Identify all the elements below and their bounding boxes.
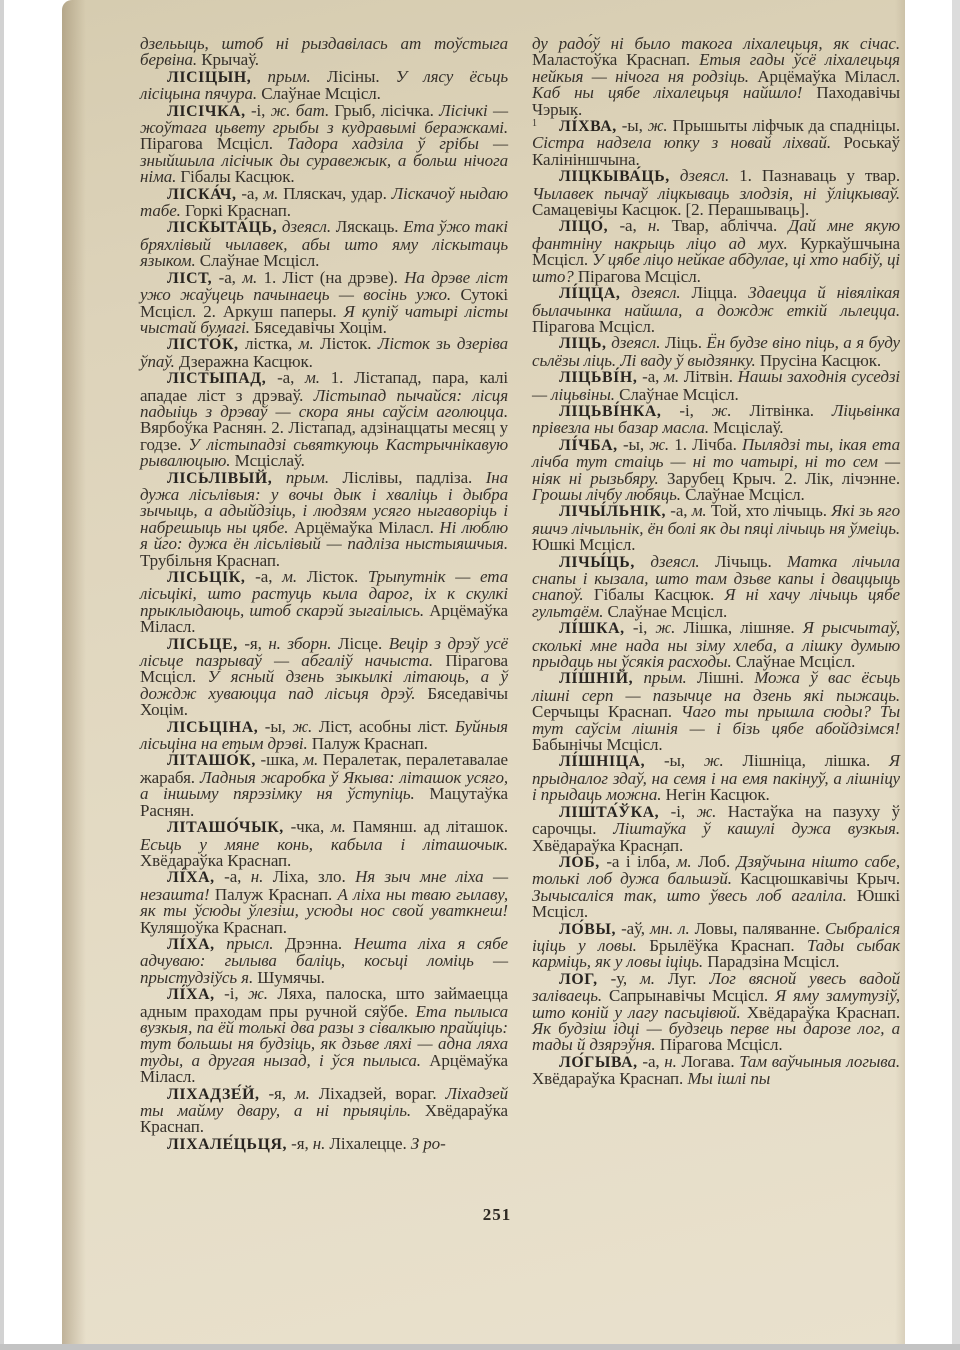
regular-text: -і, xyxy=(246,101,271,120)
dictionary-entry: ЛОГ, -у, м. Луг. Лог вясной увесь вадой … xyxy=(532,971,900,1054)
regular-text: -я, xyxy=(287,1134,313,1153)
regular-text: 1. Ліст (на дрэве). xyxy=(257,268,404,287)
dictionary-entry: ЛІХАЛЕ́ЦЬЦЯ, -я, н. Ліхалецце. З ро- xyxy=(140,1136,508,1153)
dictionary-entry: ЛІСТ, -а, м. 1. Ліст (на дрэве). На дрэв… xyxy=(140,270,508,337)
regular-text xyxy=(272,468,286,487)
regular-text: -а, xyxy=(638,1052,665,1071)
regular-text: Юшкі Мсцісл. xyxy=(532,535,635,554)
italic-text: н. xyxy=(251,867,263,886)
dictionary-entry: ЛІ́ХА, -і, ж. Ляха, палоска, што займаец… xyxy=(140,986,508,1085)
regular-text: Грыб, лісічка. xyxy=(329,101,439,120)
italic-text: м. xyxy=(299,334,314,353)
regular-text: Ліхалецце. xyxy=(325,1134,411,1153)
regular-text: Ловы, паляванне. xyxy=(690,919,825,938)
regular-text: -а, xyxy=(608,216,648,235)
regular-text: Бабынічы Мсцісл. xyxy=(532,735,663,754)
italic-text: м. xyxy=(242,268,257,287)
regular-text: Хвёдараўка Краснап. xyxy=(532,1069,687,1088)
regular-text: Ліха, зло. xyxy=(263,867,355,886)
italic-text: дзеясл. xyxy=(611,333,660,352)
scan-edge-left xyxy=(0,0,4,1350)
italic-text: м. xyxy=(664,367,679,386)
regular-text: -і, xyxy=(215,984,248,1003)
italic-text: ж. xyxy=(704,751,724,770)
dictionary-entry: ЛІСКЫТА́ЦЬ, дзеясл. Ляскаць. Ета ўжо так… xyxy=(140,219,508,269)
italic-text: ж. xyxy=(248,984,268,1003)
regular-text: Лішніца, лішка. xyxy=(724,751,889,770)
regular-text: -і, xyxy=(625,618,656,637)
dictionary-entry: ЛІТАШО́ЧЫК, -чка, м. Памянш. ад літашок.… xyxy=(140,819,508,869)
regular-text: Лісток. xyxy=(297,567,368,586)
italic-text: м. xyxy=(640,969,655,988)
regular-text: -я, xyxy=(238,634,269,653)
regular-text: Памянш. ад літашок. xyxy=(346,817,508,836)
dictionary-entry: ЛІЦО́, -а, н. Твар, аблічча. Дай мне яку… xyxy=(532,218,900,285)
italic-text: м. xyxy=(331,817,346,836)
italic-text: прым. xyxy=(268,67,311,86)
italic-text: дзеясл. xyxy=(680,166,729,185)
italic-text: н. xyxy=(648,216,660,235)
regular-text: -а і ілба́, xyxy=(600,852,677,871)
dictionary-entry: ЛІСЬЛІВЫЙ, прым. Ліслівы, падліза. Іна д… xyxy=(140,470,508,569)
italic-text: м. xyxy=(677,852,692,871)
italic-text: дзеясл. xyxy=(631,283,680,302)
regular-text: -ы, xyxy=(618,435,649,454)
right-column: ду радо́ў ні было такога ліхалецьця, як … xyxy=(532,36,900,1153)
italic-text: м. xyxy=(263,184,278,203)
italic-text: Грошы лічбу любяць. xyxy=(532,485,685,504)
regular-text: -а, xyxy=(212,268,242,287)
page-number: 251 xyxy=(467,1205,527,1225)
headword: ЛІХАЛЕ́ЦЬЦЯ, xyxy=(167,1136,287,1153)
dictionary-entry: ЛІЦЬВІ́НКА, -і, ж. Літвінка. Ліцьвінка п… xyxy=(532,403,900,437)
dictionary-entry: ЛІТАШО́К, -шка, м. Пералетак, пералетава… xyxy=(140,752,508,819)
regular-text: Той, хто лічыць. xyxy=(707,501,832,520)
italic-text: ж. xyxy=(649,435,669,454)
regular-text xyxy=(215,934,227,953)
regular-text: Ліслівы, падліза. xyxy=(329,468,486,487)
regular-text: Прышыты ліфчык да спадніцы. xyxy=(668,116,900,135)
regular-text: -а, xyxy=(637,367,664,386)
regular-text: -я, xyxy=(260,1084,295,1103)
regular-text: Літвінка. xyxy=(732,401,832,420)
continuation-paragraph: ду радо́ў ні было такога ліхалецьця, як … xyxy=(532,36,900,118)
dictionary-entry: ЛІСІЦЫН, прым. Лісіны. У лясу ёсьць лісі… xyxy=(140,69,508,103)
dictionary-entry: ЛІСТО́К, лістка́, м. Лісток. Лісток зь д… xyxy=(140,336,508,370)
regular-text: -ы, xyxy=(258,717,292,736)
regular-text: -ы, xyxy=(617,116,648,135)
scan-edge-right xyxy=(952,0,960,1350)
dictionary-entry: ЛІСЬЦІНА, -ы, ж. Ліст, асобны ліст. Буйн… xyxy=(140,719,508,753)
scanned-book-page-screenshot: { "page": { "number": "251", "columns": … xyxy=(0,0,960,1350)
italic-text: м. xyxy=(303,750,318,769)
regular-text xyxy=(251,67,267,86)
regular-text: -ы, xyxy=(645,751,704,770)
regular-text: -а, xyxy=(266,368,305,387)
regular-text: Ліцца. xyxy=(681,283,748,302)
italic-text: дзеясл. xyxy=(650,552,699,571)
italic-text: ж. xyxy=(648,116,668,135)
regular-text: 1. Пазнаваць у твар. xyxy=(729,166,900,185)
dictionary-entry: ЛО́ГЫВА, -а, н. Логава. Там ваўчыныя лог… xyxy=(532,1054,900,1088)
italic-text: Мы ішлі пы xyxy=(687,1069,770,1088)
italic-text: У лістыпадзі сьвяткуюць Кастрычнікавую р… xyxy=(140,435,508,470)
italic-text: прысл. xyxy=(226,934,273,953)
regular-text: Логава. xyxy=(677,1052,739,1071)
dictionary-entry: ЛІ́ЧБА, -ы, ж. 1. Лічба. Пылядзі ты, іка… xyxy=(532,437,900,504)
dictionary-entry: ЛІ́ХА, -а, н. Ліха, зло. Ня зыч мне ліха… xyxy=(140,869,508,936)
book-page: дзельыць, штоб ні рыздавілась ат тоўстыг… xyxy=(62,0,905,1350)
dictionary-entry: 1ЛІ́ХВА, -ы, ж. Прышыты ліфчык да спадні… xyxy=(532,118,900,168)
regular-text: Ляскаць. xyxy=(331,217,403,236)
regular-text: Лоб. xyxy=(692,852,737,871)
regular-text: Лічыць. xyxy=(700,552,788,571)
continuation-paragraph: дзельыць, штоб ні рыздавілась ат тоўстыг… xyxy=(140,36,508,69)
dictionary-entry: ЛІ́ШНІЦА, -ы, ж. Лішніца, лішка. Я прыдн… xyxy=(532,753,900,803)
italic-text: н. xyxy=(664,1052,676,1071)
regular-text: лістка́, xyxy=(239,334,299,353)
dictionary-entry: ЛІШТА́ЎКА, -і, ж. Настаўка на пазуху ў с… xyxy=(532,804,900,854)
regular-text: Пляскач, удар. xyxy=(278,184,391,203)
regular-text: -шка, xyxy=(256,750,303,769)
regular-text: Ліхадзей, вораг. xyxy=(310,1084,446,1103)
regular-text: Лішні. xyxy=(687,668,755,687)
regular-text: Лісце. xyxy=(331,634,388,653)
italic-text: н. зборн. xyxy=(268,634,331,653)
regular-text xyxy=(635,552,650,571)
regular-text: -а, xyxy=(245,567,282,586)
dictionary-entry: ЛІСКА́Ч, -а, м. Пляскач, удар. Ліскачоў … xyxy=(140,186,508,220)
dictionary-text-block: дзельыць, штоб ні рыздавілась ат тоўстыг… xyxy=(140,36,900,1153)
regular-text: Ліст, асобны ліст. xyxy=(312,717,455,736)
regular-text: Літвін. xyxy=(679,367,738,386)
regular-text: Лісіны. xyxy=(311,67,396,86)
italic-text: З ро- xyxy=(411,1134,446,1153)
dictionary-entry: ЛІ́ХА, прысл. Дрэнна. Нешта ліха я сябе … xyxy=(140,936,508,986)
dictionary-entry: ЛІСІЧКА, -і, ж. бат. Грыб, лісічка. Лісі… xyxy=(140,103,508,186)
left-column: дзельыць, штоб ні рыздавілась ат тоўстыг… xyxy=(140,36,508,1153)
regular-text: Ліць. xyxy=(660,333,706,352)
italic-text: м. xyxy=(305,368,320,387)
regular-text: Лішка, лішняе. xyxy=(675,618,802,637)
footnote-marker: 1 xyxy=(532,119,537,129)
regular-text: Лісток. xyxy=(314,334,378,353)
italic-text: ж. xyxy=(712,401,732,420)
italic-text: ж. xyxy=(696,802,716,821)
dictionary-entry: ЛІСЬЦІК, -а, м. Лісток. Трыпутнік — ета … xyxy=(140,569,508,636)
dictionary-entry: ЛІЦЬВІ́Н, -а, м. Літвін. Нашы заходнія с… xyxy=(532,369,900,403)
regular-text xyxy=(670,166,680,185)
dictionary-entry: ЛІ́ШКА, -і, ж. Лішка, лішняе. Я рысчытаў… xyxy=(532,620,900,670)
italic-text: м. xyxy=(295,1084,310,1103)
italic-text: прым. xyxy=(644,668,687,687)
dictionary-entry: ЛІЧЫ́ЛЬНІК, -а, м. Той, хто лічыць. Які … xyxy=(532,503,900,553)
regular-text: Луг. xyxy=(655,969,709,988)
italic-text: м. xyxy=(282,567,297,586)
italic-text: мн. л. xyxy=(650,919,690,938)
dictionary-entry: ЛІСЬЦЕ, -я, н. зборн. Лісце. Вецір з дрэ… xyxy=(140,636,508,719)
regular-text: -і, xyxy=(661,401,711,420)
italic-text: ж. xyxy=(292,717,312,736)
italic-text: прым. xyxy=(286,468,329,487)
dictionary-entry: ЛОБ, -а і ілба́, м. Лоб. Дзяўчына нішто … xyxy=(532,854,900,921)
dictionary-entry: ЛІХАДЗЕ́Й, -я, м. Ліхадзей, вораг. Ліхад… xyxy=(140,1086,508,1136)
dictionary-entry: ЛІЦЬ, дзеясл. Ліць. Ён будзе віно піць, … xyxy=(532,335,900,369)
regular-text: Горкі Краснап. xyxy=(185,201,291,220)
regular-text: Дрэнна. xyxy=(273,934,353,953)
dictionary-entry: ЛІ́ШНІЙ, прым. Лішні. Можа ў вас ёсьць л… xyxy=(532,670,900,753)
regular-text: -чка, xyxy=(284,817,331,836)
regular-text: -а, xyxy=(215,867,251,886)
dictionary-entry: ЛІЧЫ́ЦЬ, дзеясл. Лічыць. Матка лічыла сн… xyxy=(532,554,900,621)
italic-text: дзельыць, штоб ні рыздавілась ат тоўстыг… xyxy=(140,34,508,69)
italic-text: ж. xyxy=(655,618,675,637)
italic-text: дзеясл. xyxy=(282,217,331,236)
italic-text: н. xyxy=(313,1134,325,1153)
regular-text: -аў, xyxy=(616,919,650,938)
regular-text: -а, xyxy=(237,184,264,203)
regular-text xyxy=(633,668,643,687)
dictionary-entry: ЛО́ВЫ, -аў, мн. л. Ловы, паляванне. Сыбр… xyxy=(532,921,900,971)
scan-edge-bottom xyxy=(0,1344,960,1350)
dictionary-entry: ЛІСТЫПАД, -а, м. 1. Лістапад, пара, калі… xyxy=(140,370,508,469)
dictionary-entry: ЛІ́ЦЦА, дзеясл. Ліцца. Здаецца й нівялік… xyxy=(532,285,900,335)
regular-text: -у, xyxy=(598,969,640,988)
dictionary-entry: ЛІЦКЫВА́ЦЬ, дзеясл. 1. Пазнаваць у твар.… xyxy=(532,168,900,218)
italic-text: м. xyxy=(692,501,707,520)
regular-text: Твар, аблічча. xyxy=(660,216,788,235)
regular-text: 1. Лічба. xyxy=(669,435,742,454)
italic-text: ж. бат. xyxy=(271,101,330,120)
regular-text: -і, xyxy=(659,802,696,821)
regular-text xyxy=(620,283,631,302)
regular-text: -а, xyxy=(666,501,692,520)
italic-text: Там ваўчыныя логыва. xyxy=(739,1052,900,1071)
